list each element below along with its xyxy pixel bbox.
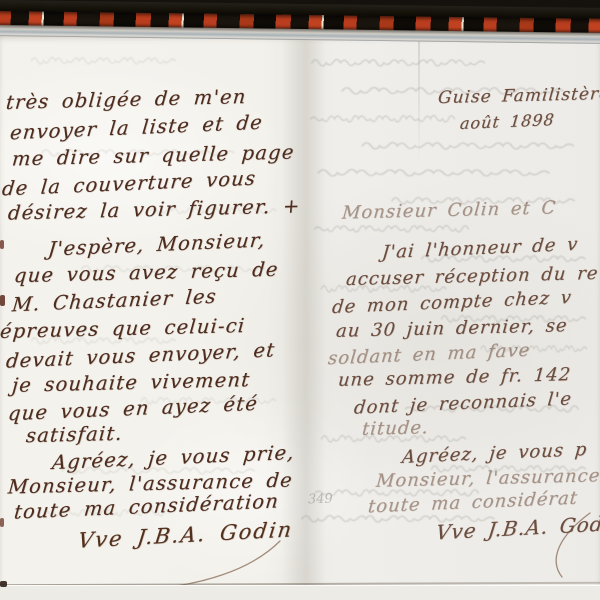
ghost-page-number: 349 bbox=[308, 492, 333, 508]
right-page: Guise Familistère août 1898 Monsieur Col… bbox=[300, 33, 600, 585]
handwriting-line: au 30 juin dernier, se bbox=[335, 315, 568, 342]
handwriting-line: que vous avez reçu de bbox=[13, 258, 279, 288]
handwriting-line: satisfait. bbox=[25, 422, 124, 447]
ink-smudge bbox=[0, 295, 5, 306]
letterhead-place: Guise Familistère bbox=[437, 84, 600, 108]
signature-flourish bbox=[500, 501, 600, 581]
handwriting-line: épreuves que celui-ci bbox=[0, 314, 246, 343]
scanned-letter-book-photo: { "colors": { "ink": "#4d2b1d", "paper":… bbox=[0, 0, 600, 600]
bleedthrough-scribble bbox=[310, 221, 470, 235]
bleedthrough-scribble bbox=[306, 111, 456, 125]
handwriting-line: désirez la voir figurer. + bbox=[7, 194, 300, 224]
under-page-edge bbox=[0, 585, 600, 600]
bleedthrough-scribble bbox=[360, 138, 580, 152]
handwriting-line: que vous en ayez été bbox=[7, 392, 259, 426]
handwriting-line: envoyer la liste et de bbox=[9, 111, 264, 145]
bleedthrough-scribble bbox=[316, 165, 556, 179]
handwriting-line: une somme de fr. 142 bbox=[337, 364, 572, 391]
handwriting-line: très obligée de m'en bbox=[5, 85, 247, 114]
bleedthrough-scribble bbox=[310, 55, 490, 69]
ink-smudge bbox=[0, 240, 4, 249]
handwriting-line: soldant en ma fave bbox=[327, 340, 531, 370]
signature-flourish bbox=[130, 533, 290, 585]
left-page: très obligée de m'en envoyer la liste et… bbox=[0, 33, 300, 585]
salutation-line: Monsieur Colin et C bbox=[341, 197, 557, 223]
bleedthrough-scribble bbox=[30, 53, 180, 67]
handwriting-line: J'espère, Monsieur, bbox=[47, 228, 267, 260]
handwriting-line: M. Chastanier les bbox=[11, 285, 218, 317]
handwriting-line: titude. bbox=[361, 417, 429, 440]
handwriting-line: accuser réception du re bbox=[345, 263, 599, 290]
letter-date: août 1898 bbox=[459, 110, 556, 133]
book-binding bbox=[0, 0, 600, 54]
ink-smudge bbox=[0, 518, 4, 527]
handwriting-line: de la couverture vous bbox=[1, 167, 257, 201]
ink-smudge bbox=[0, 581, 7, 587]
